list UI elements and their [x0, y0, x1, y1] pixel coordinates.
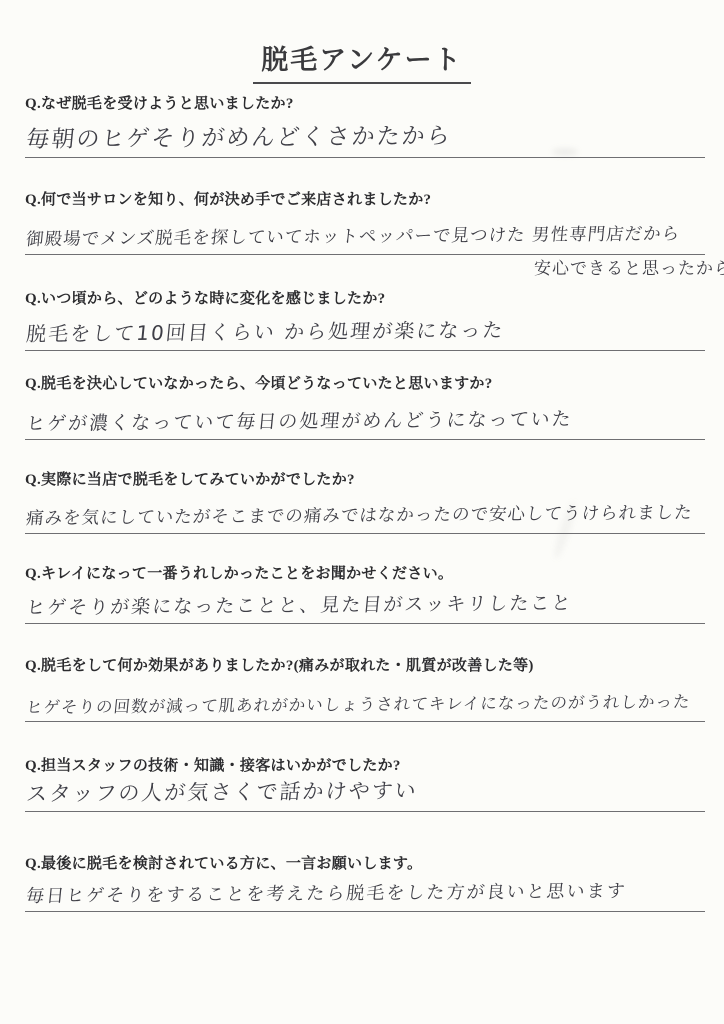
- handwritten-answer-6: ヒゲそりが楽になったことと、見た目がスッキリしたこと: [25, 588, 574, 620]
- answer-line-5: 痛みを気にしていたがそこまでの痛みではなかったので安心してうけられました: [25, 486, 705, 534]
- handwritten-answer-9: 毎日ヒゲそりをすることを考えたら脱毛をした方が良いと思います: [25, 877, 628, 908]
- answer-line-6: ヒゲそりが楽になったことと、見た目がスッキリしたこと: [25, 576, 705, 624]
- answer-line-2: 御殿場でメンズ脱毛を探していてホットペッパーで見つけた 男性専門店だから: [25, 207, 705, 255]
- handwritten-answer-2-line2: 安心できると思ったから: [534, 259, 724, 279]
- handwritten-answer-3: 脱毛をして10回目くらい から処理が楽になった: [25, 314, 506, 347]
- answer-line-8: スタッフの人が気さくで話かけやすい: [25, 764, 705, 812]
- page-title: 脱毛アンケート: [253, 38, 470, 84]
- answer-line-1: 毎朝のヒゲそりがめんどくさかたから: [25, 110, 705, 158]
- handwritten-answer-2: 御殿場でメンズ脱毛を探していてホットペッパーで見つけた 男性専門店だから: [25, 220, 682, 251]
- question-4: Q.脱毛を決心していなかったら、今頃どうなっていたと思いますか?: [25, 372, 704, 393]
- answer-line-3: 脱毛をして10回目くらい から処理が楽になった: [25, 303, 705, 351]
- answer-line-7: ヒゲそりの回数が減って肌あれがかいしょうされてキレイになったのがうれしかった: [25, 674, 705, 722]
- handwritten-answer-4: ヒゲが濃くなっていて毎日の処理がめんどうになっていた: [25, 404, 574, 436]
- answer-line-4: ヒゲが濃くなっていて毎日の処理がめんどうになっていた: [25, 392, 705, 440]
- question-7: Q.脱毛をして何か効果がありましたか?(痛みが取れた・肌質が改善した等): [25, 654, 704, 675]
- answer-2-continuation: 安心できると思ったから: [534, 254, 724, 279]
- title-container: 脱毛アンケート: [0, 38, 724, 84]
- handwritten-answer-1: 毎朝のヒゲそりがめんどくさかたから: [25, 117, 454, 154]
- handwritten-answer-8: スタッフの人が気さくで話かけやすい: [25, 775, 419, 808]
- handwritten-answer-7: ヒゲそりの回数が減って肌あれがかいしょうされてキレイになったのがうれしかった: [25, 688, 692, 718]
- scanned-questionnaire-page: 脱毛アンケート Q.なぜ脱毛を受けようと思いましたか? 毎朝のヒゲそりがめんどく…: [0, 0, 724, 1024]
- question-2: Q.何で当サロンを知り、何が決め手でご来店されましたか?: [25, 188, 704, 209]
- answer-line-9: 毎日ヒゲそりをすることを考えたら脱毛をした方が良いと思います: [25, 864, 705, 912]
- handwritten-answer-5: 痛みを気にしていたがそこまでの痛みではなかったので安心してうけられました: [25, 499, 694, 530]
